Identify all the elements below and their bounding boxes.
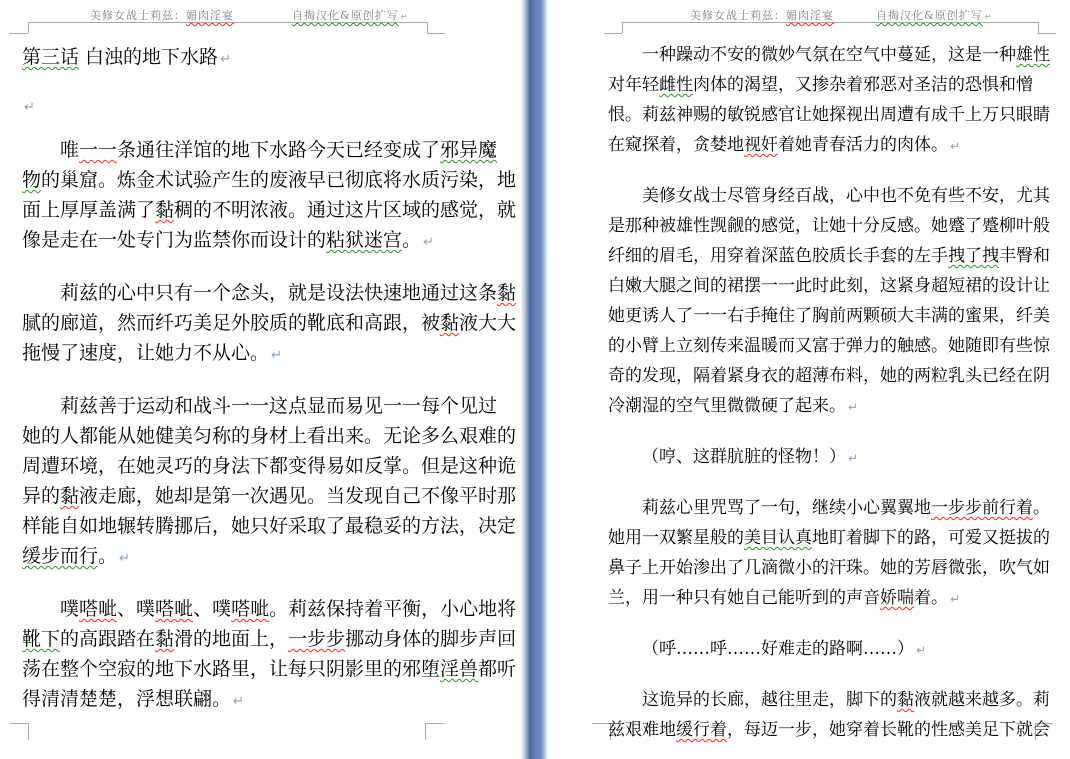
- misspelling-red: 黏: [897, 690, 914, 710]
- misspelling-red: 黏: [60, 485, 79, 507]
- paragraph: 第三话 白浊的地下水路↵: [22, 42, 508, 75]
- misspelling-green: 粘狱迷宫: [326, 229, 402, 251]
- text-line: 鼻子上开始渗出了几滴微小的汗珠。她的芳唇微张，吹气如: [608, 553, 1063, 583]
- paragraph-mark-icon: ↵: [401, 12, 408, 21]
- text-segment: 拖慢了速度，让她力不从心。: [22, 342, 269, 364]
- text-line: 荡在整个空寂的地下水路里，让每只阴影里的邪堕淫兽都听: [22, 654, 508, 684]
- text-boundary-mark: [604, 33, 622, 34]
- text-segment: 对年轻: [608, 75, 659, 95]
- text-segment: 是那种被雄性觊觎的感觉，让她十分反感。她蹙了蹙柳叶般: [608, 216, 1050, 236]
- text-boundary-mark: [10, 33, 28, 34]
- text-line: 恨。莉兹神赐的敏锐感官让她探视出周遭有成千上万只眼睛: [608, 100, 1063, 130]
- text-segment: 挪动身体的脚步声回: [345, 628, 516, 650]
- text-segment: （呼……呼……好难走的路啊……）: [642, 639, 914, 659]
- text-segment: 条通往洋馆的地下水路今天已经变成了: [117, 139, 440, 161]
- misspelling-red: 媚肉淫宴: [786, 9, 834, 22]
- text-line: 唯一一条通往洋馆的地下水路今天已经变成了邪异魔: [22, 135, 508, 165]
- text-segment: 在窥探着，贪婪地: [608, 135, 744, 155]
- text-boundary-mark: [622, 22, 623, 33]
- misspelling-red: 嗒呲: [79, 598, 117, 620]
- text-segment: 唯: [60, 139, 79, 161]
- text-line: 莉兹善于运动和战斗一一这点显而易见一一每个见过: [22, 391, 508, 421]
- paragraph-mark-icon: ↵: [848, 451, 858, 465]
- header-rule: [28, 22, 427, 23]
- text-line: 莉兹的心中只有一个念头，就是设法快速地通过这条黏: [22, 278, 508, 308]
- misspelling-red: 黏: [497, 282, 516, 304]
- text-segment: 液大大: [459, 312, 516, 334]
- text-line: 拖慢了速度，让她力不从心。↵: [22, 338, 508, 371]
- text-segment: 的巢窟。炼金术试验产生的废液早已彻底将水质污染，地: [41, 169, 516, 191]
- paragraph-mark-icon: ↵: [220, 52, 231, 67]
- text-line: 靴下的高跟踏在黏滑的地面上，一步步挪动身体的脚步声回: [22, 624, 508, 654]
- misspelling-green: 第三话: [22, 46, 79, 68]
- text-segment: （哼、这群肮脏的怪物！）: [642, 447, 846, 467]
- text-segment: 着她青春活力的肉体。: [778, 135, 948, 155]
- text-segment: 都听: [478, 658, 516, 680]
- text-boundary-mark: [1038, 22, 1039, 33]
- text-line: 对年轻雌性肉体的渴望，又掺杂着邪恶对圣洁的恐惧和憎: [608, 70, 1063, 100]
- misspelling-green: 自掏汉化&原创扩写: [292, 9, 399, 22]
- text-line: ↵: [22, 95, 508, 115]
- text-line: 奇的发现，隔着紧身衣的超薄布料，她的两粒乳头已经在阴: [608, 361, 1063, 391]
- paragraph-mark-icon: ↵: [423, 235, 434, 250]
- text-segment: 液走廊，她却是第一次遇见。当发现自己不像平时那: [79, 485, 516, 507]
- paragraph-mark-icon: ↵: [119, 551, 130, 566]
- text-segment: 这诡异的长廊，越往里走，脚下的: [642, 690, 897, 710]
- text-segment: 。: [1033, 498, 1050, 518]
- text-segment: 的高跟踏在: [60, 628, 155, 650]
- misspelling-red: 娇喘: [880, 588, 914, 608]
- text-line: 周遭环境，在她灵巧的身法下都变得易如反掌。但是这种诡: [22, 451, 508, 481]
- text-segment: 纤细的眉毛，用穿着深蓝色胶质长手套的左手: [608, 246, 948, 266]
- misspelling-green: 雌性: [659, 75, 693, 95]
- text-segment: 她用一双繁星般的: [608, 528, 744, 548]
- text-boundary-mark: [427, 33, 445, 34]
- paragraph: 莉兹善于运动和战斗一一这点显而易见一一每个见过她的人都能从她健美匀称的身材上看出…: [22, 391, 508, 574]
- misspelling-red: 一步步: [288, 628, 345, 650]
- text-line: 纤细的眉毛，用穿着深蓝色胶质长手套的左手拽了拽丰臀和: [608, 241, 1063, 271]
- text-line: （呼……呼……好难走的路啊……）↵: [608, 634, 1063, 665]
- paragraph-mark-icon: ↵: [24, 100, 35, 115]
- page-2-body[interactable]: 一种躁动不安的微妙气氛在空气中蔓延，这是一种雄性对年轻雌性肉体的渴望，又掺杂着邪…: [608, 40, 1063, 745]
- text-segment: 莉兹心里咒骂了一句，继续小心翼翼地: [642, 498, 931, 518]
- text-boundary-mark: [425, 723, 426, 740]
- text-segment: 地盯着脚下的路，可爱又挺拔的: [812, 528, 1050, 548]
- document-page-1[interactable]: 美修女战士莉兹：媚肉淫宴 自掏汉化&原创扩写↵ 第三话 白浊的地下水路↵↵唯一一…: [0, 0, 521, 759]
- page-2-header-note: 自掏汉化&原创扩写↵: [876, 7, 992, 23]
- misspelling-red: 黏: [155, 628, 174, 650]
- page-divider: [521, 0, 548, 759]
- text-segment: 着。: [914, 588, 948, 608]
- misspelling-red: 缓行着: [676, 720, 727, 740]
- text-segment: 兰，用一种只有她自己能听到的声音: [608, 588, 880, 608]
- misspelling-red: 黏: [155, 199, 174, 221]
- page-2-header-title: 美修女战士莉兹：媚肉淫宴: [690, 7, 834, 23]
- text-segment: 噗: [60, 598, 79, 620]
- misspelling-green: 缓步而行: [22, 545, 98, 567]
- paragraph: 莉兹心里咒骂了一句，继续小心翼翼地一步步前行着。她用一双繁星般的美目认真地盯着脚…: [608, 493, 1063, 614]
- text-boundary-mark: [425, 723, 445, 724]
- text-segment: 样能自如地辗转腾挪后，她只好采取了最稳妥的方法，决定: [22, 515, 516, 537]
- text-boundary-mark: [28, 723, 29, 740]
- text-line: （哼、这群肮脏的怪物！）↵: [608, 442, 1063, 473]
- text-line: 兰，用一种只有她自己能听到的声音娇喘着。↵: [608, 583, 1063, 614]
- text-segment: 稠的不明浓液。通过这片区域的感觉，就: [174, 199, 516, 221]
- text-segment: 奇的发现，隔着紧身衣的超薄布料，她的两粒乳头已经在阴: [608, 366, 1050, 386]
- text-line: 第三话 白浊的地下水路↵: [22, 42, 508, 75]
- text-segment: 肉体的渴望，又掺杂着邪恶对圣洁的恐惧和憎: [693, 75, 1033, 95]
- misspelling-green: 淫兽: [440, 658, 478, 680]
- text-segment: 异的: [22, 485, 60, 507]
- misspelling-green: 邪异魔: [440, 139, 497, 161]
- text-line: 的小臂上立刻传来温暖而又富于弹力的触感。她随即有些惊: [608, 331, 1063, 361]
- text-line: 兹艰难地缓行着，每迈一步，她穿着长靴的性感美足下就会: [608, 715, 1063, 745]
- misspelling-red: 嗒呲: [155, 598, 193, 620]
- paragraph: ↵: [22, 95, 508, 115]
- text-segment: 她更诱人了一一右手掩住了胸前两颗硕大丰满的蜜果，纤美: [608, 306, 1050, 326]
- page-1-header-note: 自掏汉化&原创扩写↵: [292, 7, 408, 23]
- misspelling-red: 嗒呲: [231, 598, 269, 620]
- text-segment: 莉兹的心中只有一个念头，就是设法快速地通过这条: [60, 282, 497, 304]
- paragraph: 美修女战士尽管身经百战，心中也不免有些不安，尤其是那种被雄性觊觎的感觉，让她十分…: [608, 181, 1063, 422]
- text-segment: ，每迈一步，她穿着长靴的性感美足下就会: [727, 720, 1050, 740]
- misspelling-green: 物: [22, 169, 41, 191]
- text-segment: 白浊的地下水路: [79, 46, 218, 68]
- text-segment: 兹艰难地: [608, 720, 676, 740]
- text-segment: 美修女战士尽管身经百战，心中也不免有些不安，尤其: [642, 186, 1050, 206]
- text-line: 物的巢窟。炼金术试验产生的废液早已彻底将水质污染，地: [22, 165, 508, 195]
- paragraph: 这诡异的长廊，越往里走，脚下的黏液就越来越多。莉兹艰难地缓行着，每迈一步，她穿着…: [608, 685, 1063, 745]
- text-segment: 荡在整个空寂的地下水路里，让每只阴影里的邪堕: [22, 658, 440, 680]
- text-segment: 一种躁动不安的微妙气氛在空气中蔓延，这是一种: [642, 45, 1016, 65]
- paragraph-mark-icon: ↵: [233, 694, 244, 709]
- paragraph: （呼……呼……好难走的路啊……）↵: [608, 634, 1063, 665]
- text-segment: 莉兹善于运动和战斗一一这点显而易见一一每个见过: [60, 395, 497, 417]
- paragraph-mark-icon: ↵: [271, 348, 282, 363]
- paragraph-mark-icon: ↵: [985, 12, 992, 21]
- text-segment: 。莉兹保持着平衡，小心地将: [269, 598, 516, 620]
- misspelling-green: 雄性: [1016, 45, 1050, 65]
- text-boundary-mark: [427, 22, 428, 33]
- text-line: 像是走在一处专门为监禁你而设计的粘狱迷宫。↵: [22, 225, 508, 258]
- paragraph-mark-icon: ↵: [848, 400, 858, 414]
- text-segment: 得清清楚楚，浮想联翩。: [22, 688, 231, 710]
- text-line: 得清清楚楚，浮想联翩。↵: [22, 684, 508, 717]
- text-segment: 。: [98, 545, 117, 567]
- document-page-2[interactable]: 美修女战士莉兹：媚肉淫宴 自掏汉化&原创扩写↵ 一种躁动不安的微妙气氛在空气中蔓…: [548, 0, 1070, 759]
- text-segment: 白嫩大腿之间的裙摆一一此时此刻，这紧身超短裙的设计让: [608, 276, 1050, 296]
- page-1-header-title: 美修女战士莉兹：媚肉淫宴: [90, 7, 234, 23]
- paragraph: 噗嗒呲、噗嗒呲、噗嗒呲。莉兹保持着平衡，小心地将靴下的高跟踏在黏滑的地面上，一步…: [22, 594, 508, 717]
- paragraph-mark-icon: ↵: [950, 139, 960, 153]
- text-segment: 。: [402, 229, 421, 251]
- text-line: 是那种被雄性觊觎的感觉，让她十分反感。她蹙了蹙柳叶般: [608, 211, 1063, 241]
- text-segment: 像是走在一处专门为监禁你而设计的: [22, 229, 326, 251]
- text-line: 在窥探着，贪婪地视奸着她青春活力的肉体。↵: [608, 130, 1063, 161]
- paragraph: 唯一一条通往洋馆的地下水路今天已经变成了邪异魔物的巢窟。炼金术试验产生的废液早已…: [22, 135, 508, 258]
- text-line: 噗嗒呲、噗嗒呲、噗嗒呲。莉兹保持着平衡，小心地将: [22, 594, 508, 624]
- misspelling-green: 靴下: [22, 628, 60, 650]
- text-segment: 周遭环境，在她灵巧的身法下都变得易如反掌。但是这种诡: [22, 455, 516, 477]
- text-line: 这诡异的长廊，越往里走，脚下的黏液就越来越多。莉: [608, 685, 1063, 715]
- text-segment: 面上厚厚盖满了: [22, 199, 155, 221]
- text-line: 腻的廊道，然而纤巧美足外胶质的靴底和高跟，被黏液大大: [22, 308, 508, 338]
- text-segment: 液就越来越多。莉: [914, 690, 1050, 710]
- misspelling-red: 视奸: [744, 135, 778, 155]
- text-boundary-mark: [1038, 33, 1056, 34]
- text-boundary-mark: [28, 22, 29, 33]
- page-1-body[interactable]: 第三话 白浊的地下水路↵↵唯一一条通往洋馆的地下水路今天已经变成了邪异魔物的巢窟…: [22, 42, 508, 717]
- paragraph: 一种躁动不安的微妙气氛在空气中蔓延，这是一种雄性对年轻雌性肉体的渴望，又掺杂着邪…: [608, 40, 1063, 161]
- text-segment: 、噗: [117, 598, 155, 620]
- text-line: 她用一双繁星般的美目认真地盯着脚下的路，可爱又挺拔的: [608, 523, 1063, 553]
- text-line: 她更诱人了一一右手掩住了胸前两颗硕大丰满的蜜果，纤美: [608, 301, 1063, 331]
- text-line: 异的黏液走廊，她却是第一次遇见。当发现自己不像平时那: [22, 481, 508, 511]
- misspelling-red: 一步步前行着: [931, 498, 1033, 518]
- header-rule: [622, 22, 1038, 23]
- text-segment: 腻的廊道，然而纤巧美足外胶质的靴底和高跟，被: [22, 312, 440, 334]
- paragraph-mark-icon: ↵: [950, 592, 960, 606]
- text-segment: 冷潮湿的空气里微微硬了起来。: [608, 396, 846, 416]
- text-segment: 鼻子上开始渗出了几滴微小的汗珠。她的芳唇微张，吹气如: [608, 558, 1050, 578]
- paragraph: （哼、这群肮脏的怪物！）↵: [608, 442, 1063, 473]
- paragraph: 莉兹的心中只有一个念头，就是设法快速地通过这条黏腻的廊道，然而纤巧美足外胶质的靴…: [22, 278, 508, 371]
- text-line: 样能自如地辗转腾挪后，她只好采取了最稳妥的方法，决定: [22, 511, 508, 541]
- misspelling-red: 一一: [79, 139, 117, 161]
- text-segment: 滑的地面上，: [174, 628, 288, 650]
- text-line: 白嫩大腿之间的裙摆一一此时此刻，这紧身超短裙的设计让: [608, 271, 1063, 301]
- text-segment: 的小臂上立刻传来温暖而又富于弹力的触感。她随即有些惊: [608, 336, 1050, 356]
- text-segment: 她的人都能从她健美匀称的身材上看出来。无论多么艰难的: [22, 425, 516, 447]
- misspelling-red: 媚肉淫宴: [186, 9, 234, 22]
- text-line: 她的人都能从她健美匀称的身材上看出来。无论多么艰难的: [22, 421, 508, 451]
- text-line: 一种躁动不安的微妙气氛在空气中蔓延，这是一种雄性: [608, 40, 1063, 70]
- text-segment: 丰臀和: [999, 246, 1050, 266]
- paragraph-mark-icon: ↵: [916, 643, 926, 657]
- misspelling-red: 黏: [440, 312, 459, 334]
- misspelling-green: 美目认真: [744, 528, 812, 548]
- misspelling-green: 拽了拽: [948, 246, 999, 266]
- text-segment: 恨。莉兹神赐的敏锐感官让她探视出周遭有成千上万只眼睛: [608, 105, 1050, 125]
- text-line: 面上厚厚盖满了黏稠的不明浓液。通过这片区域的感觉，就: [22, 195, 508, 225]
- text-segment: 、噗: [193, 598, 231, 620]
- text-line: 莉兹心里咒骂了一句，继续小心翼翼地一步步前行着。: [608, 493, 1063, 523]
- text-boundary-mark: [10, 723, 28, 724]
- text-line: 美修女战士尽管身经百战，心中也不免有些不安，尤其: [608, 181, 1063, 211]
- misspelling-green: 自掏汉化&原创扩写: [876, 9, 983, 22]
- text-line: 冷潮湿的空气里微微硬了起来。↵: [608, 391, 1063, 422]
- text-line: 缓步而行。↵: [22, 541, 508, 574]
- text-segment: 美修女战士莉兹：: [690, 9, 786, 22]
- text-segment: 美修女战士莉兹：: [90, 9, 186, 22]
